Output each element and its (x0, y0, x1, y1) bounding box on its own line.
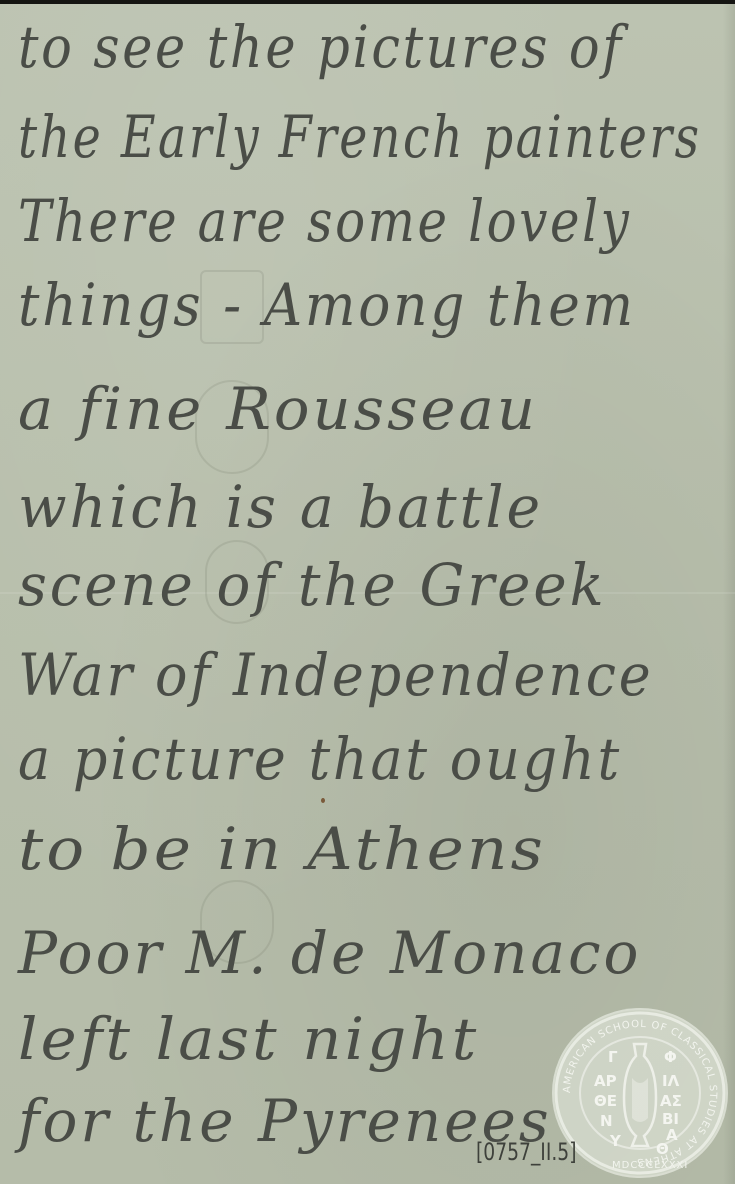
letter-line: scene of the Greek (18, 556, 607, 614)
letter-line: a fine Rousseau (18, 380, 538, 438)
letter-line: things - Among them (18, 276, 636, 334)
seal-greek-letter: Γ (608, 1048, 618, 1066)
letter-line: Poor M. de Monaco (18, 924, 641, 982)
letter-line: the Early French painters (18, 108, 701, 166)
letter-line: a picture that ought (18, 730, 622, 788)
seal-greek-letter: Φ (664, 1048, 677, 1066)
letter-line: for the Pyrenees (18, 1092, 552, 1150)
seal-greek-letter: ΘΕ (594, 1092, 617, 1110)
seal-greek-letter: ΑΣ (660, 1092, 682, 1110)
letter-line: to be in Athens (18, 820, 546, 878)
seal-graphic: AMERICAN SCHOOL OF CLASSICAL STUDIES AT … (552, 1008, 728, 1178)
document-page: to see the pictures of the Early French … (0, 0, 735, 1184)
seal-greek-letter: Ν (600, 1112, 613, 1130)
letter-line: which is a battle (18, 478, 543, 536)
letter-line: There are some lovely (18, 192, 631, 250)
archive-reference-label: [0757_II.5] (476, 1138, 577, 1166)
letter-line: War of Independence (18, 646, 653, 704)
handwritten-letter-body: to see the pictures of the Early French … (0, 0, 735, 1184)
seal-greek-letter: Θ (656, 1140, 669, 1158)
seal-greek-letter: Υ (609, 1132, 622, 1150)
amphora-icon (624, 1044, 656, 1146)
seal-bottom-text: MDCCCLXXXI (612, 1160, 688, 1171)
letter-line: left last night (18, 1010, 479, 1068)
seal-greek-letter: ΑΡ (594, 1072, 617, 1090)
seal-greek-letter: ΙΛ (662, 1072, 680, 1090)
letter-line: to see the pictures of (18, 18, 624, 76)
ink-spot (321, 798, 325, 803)
embossed-seal: AMERICAN SCHOOL OF CLASSICAL STUDIES AT … (552, 1008, 728, 1178)
